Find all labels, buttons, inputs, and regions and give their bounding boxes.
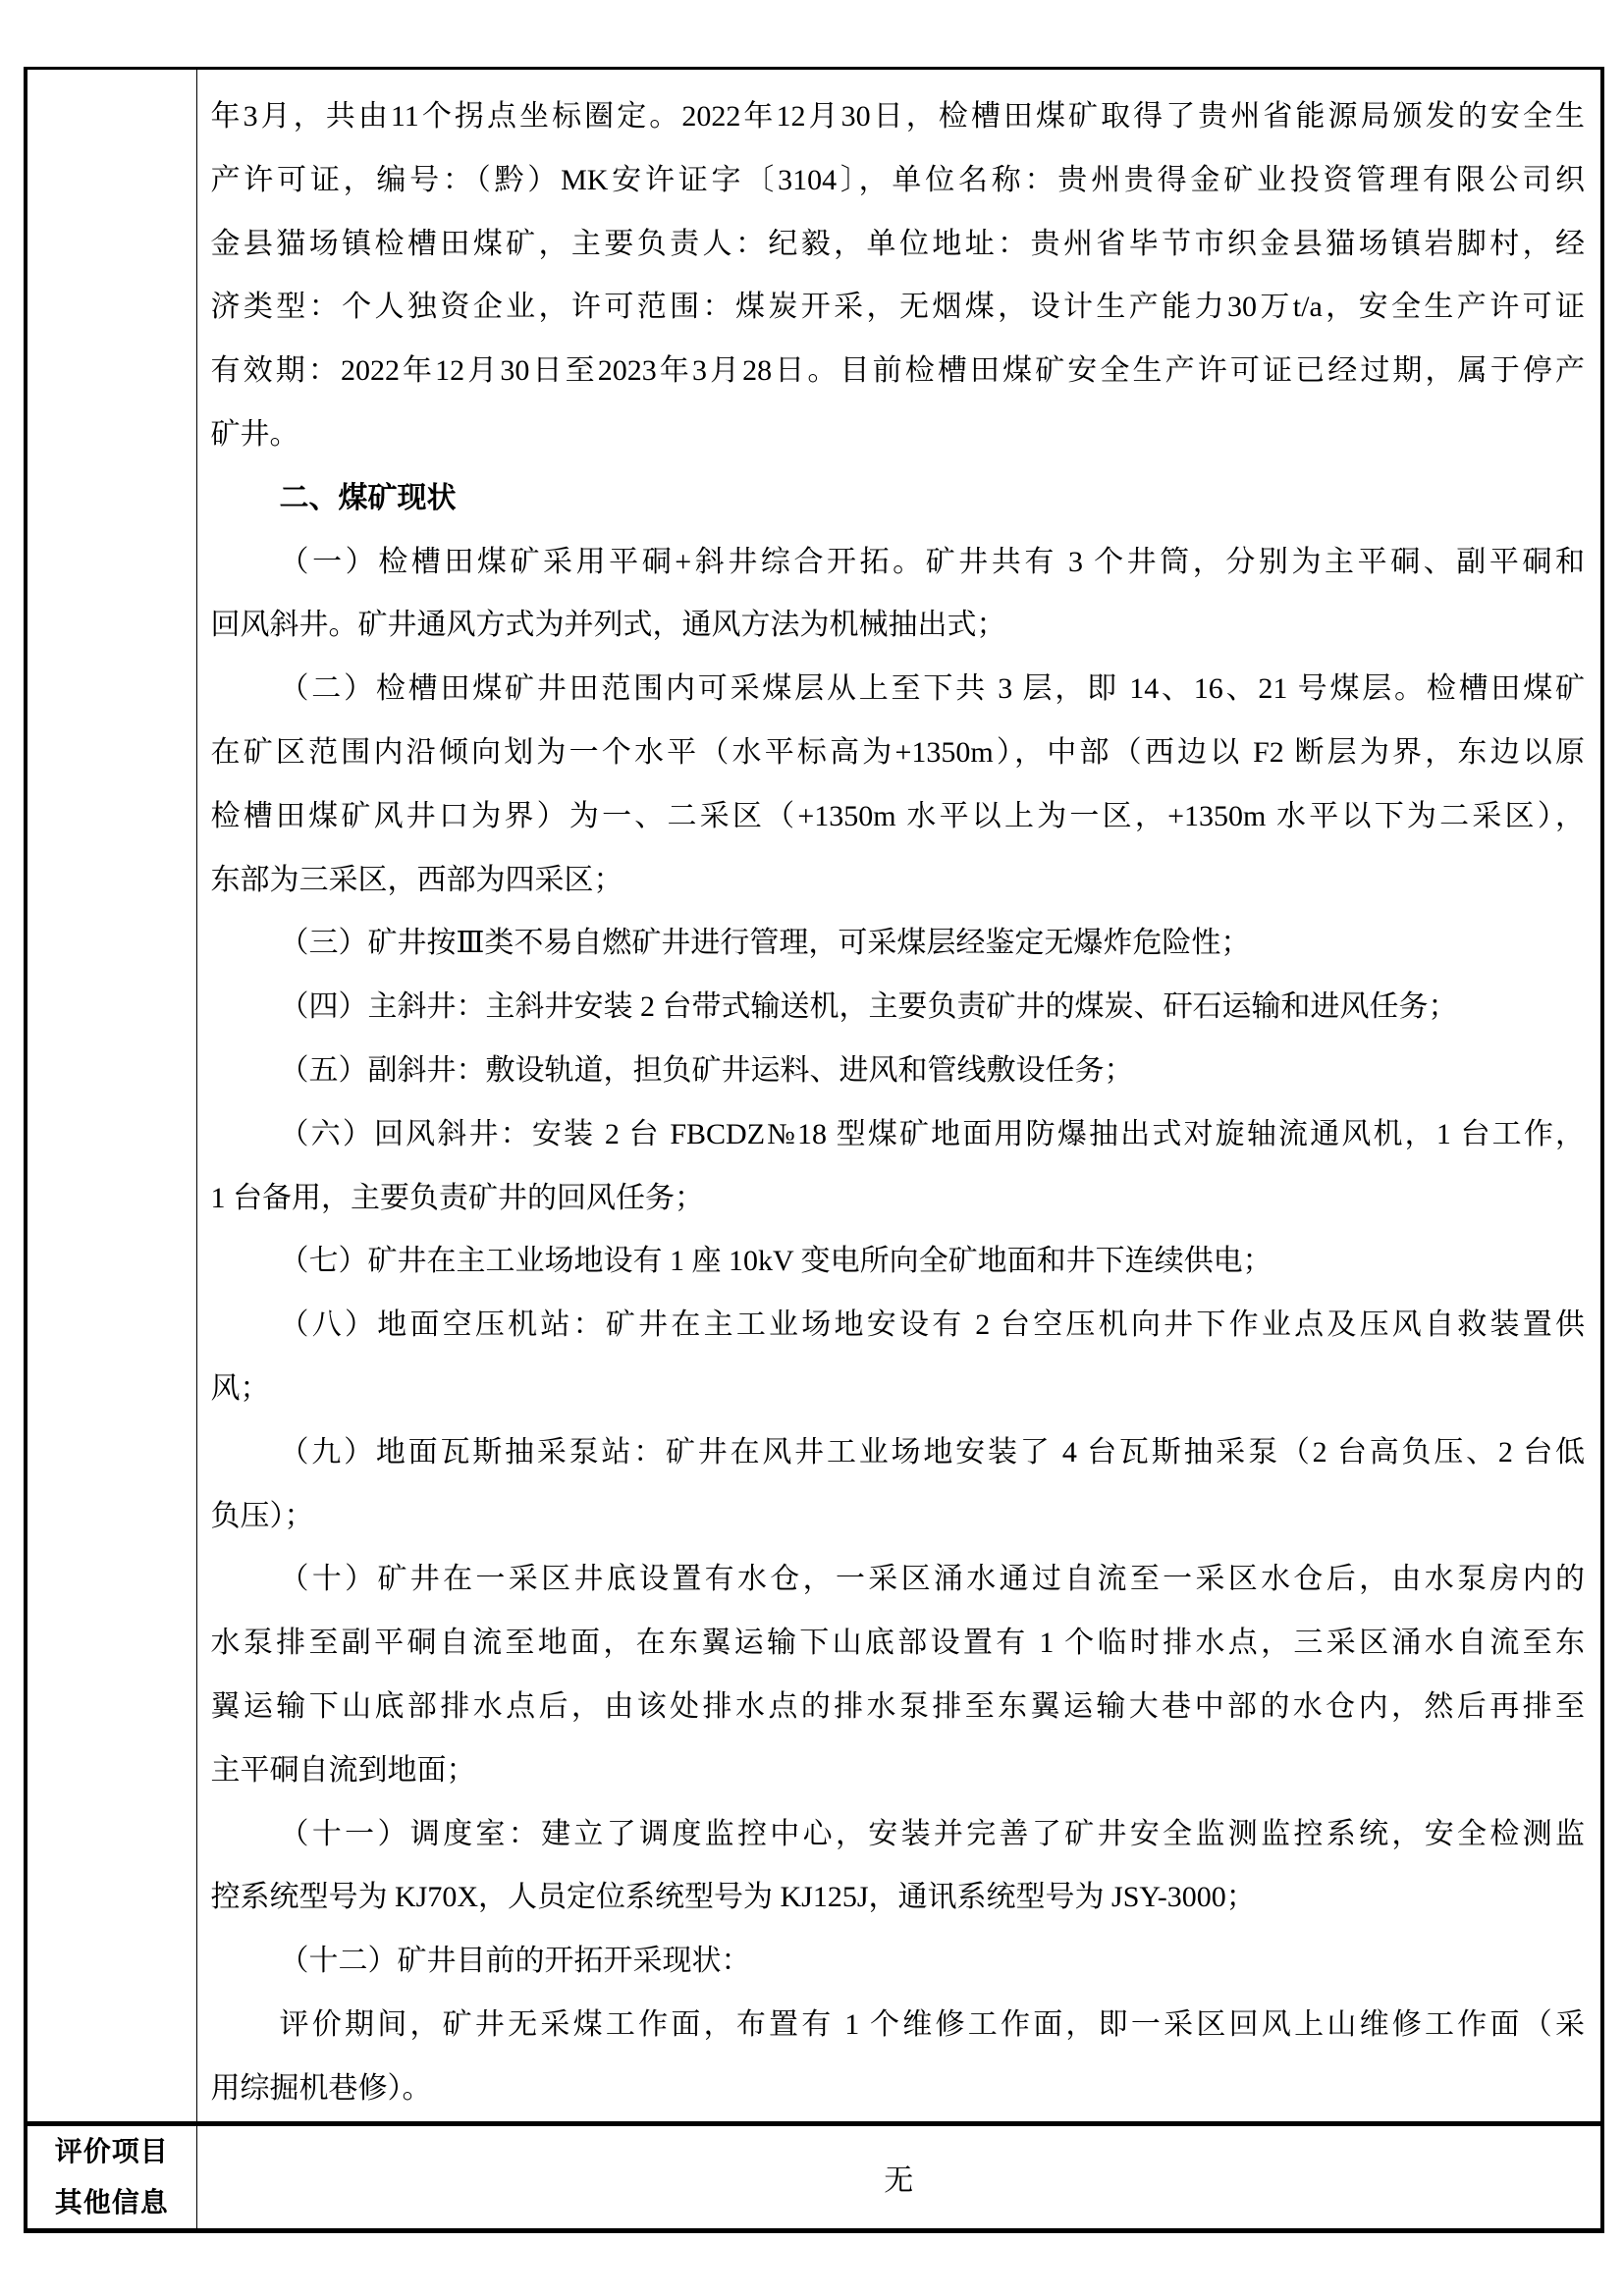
paragraph: （十一）调度室：建立了调度监控中心，安装并完善了矿井安全监测监控系统，安全检测监… <box>211 1803 1586 1931</box>
text-line: 回风斜井。矿井通风方式为并列式，通风方法为机械抽出式； <box>211 594 1586 658</box>
text-line: 在矿区范围内沿倾向划为一个水平（水平标高为+1350m），中部（西边以 F2 断… <box>211 721 1586 785</box>
text-line: 用综掘机巷修）。 <box>211 2057 1586 2121</box>
text-line: 水泵排至副平硐自流至地面，在东翼运输下山底部设置有 1 个临时排水点，三采区涌水… <box>211 1612 1586 1676</box>
paragraph: （一）检槽田煤矿采用平硐+斜井综合开拓。矿井共有 3 个井筒，分别为主平硐、副平… <box>211 531 1586 659</box>
text-line: 年3月，共由11个拐点坐标圈定。2022年12月30日，检槽田煤矿取得了贵州省能… <box>211 85 1586 149</box>
text-line: （五）副斜井：敷设轨道，担负矿井运料、进风和管线敷设任务； <box>211 1040 1586 1103</box>
paragraph: （十二）矿井目前的开拓开采现状： <box>211 1930 1586 1994</box>
text-line: 负压）； <box>211 1485 1586 1549</box>
text-line: 检槽田煤矿风井口为界）为一、二采区（+1350m 水平以上为一区，+1350m … <box>211 785 1586 849</box>
text-line: 二、煤矿现状 <box>211 467 1586 531</box>
text-line: （二）检槽田煤矿井田范围内可采煤层从上至下共 3 层，即 14、16、21 号煤… <box>211 658 1586 721</box>
paragraph: （三）矿井按Ⅲ类不易自燃矿井进行管理，可采煤层经鉴定无爆炸危险性； <box>211 912 1586 976</box>
paragraph: （六）回风斜井：安装 2 台 FBCDZ№18 型煤矿地面用防爆抽出式对旋轴流通… <box>211 1103 1586 1231</box>
paragraph: 年3月，共由11个拐点坐标圈定。2022年12月30日，检槽田煤矿取得了贵州省能… <box>211 85 1586 467</box>
text-line: （十一）调度室：建立了调度监控中心，安装并完善了矿井安全监测监控系统，安全检测监 <box>211 1803 1586 1867</box>
other-info-value-cell: 无 <box>196 2123 1602 2230</box>
text-line: 控系统型号为 KJ70X，人员定位系统型号为 KJ125J，通讯系统型号为 JS… <box>211 1866 1586 1930</box>
paragraph: （七）矿井在主工业场地设有 1 座 10kV 变电所向全矿地面和井下连续供电； <box>211 1230 1586 1294</box>
paragraph: （四）主斜井：主斜井安装 2 台带式输送机，主要负责矿井的煤炭、矸石运输和进风任… <box>211 976 1586 1040</box>
other-info-label-line2: 其他信息 <box>27 2177 196 2228</box>
text-line: 东部为三采区，西部为四采区； <box>211 849 1586 913</box>
text-line: 主平硐自流到地面； <box>211 1739 1586 1803</box>
text-line: （八）地面空压机站：矿井在主工业场地安设有 2 台空压机向井下作业点及压风自救装… <box>211 1294 1586 1358</box>
paragraph: （五）副斜井：敷设轨道，担负矿井运料、进风和管线敷设任务； <box>211 1040 1586 1103</box>
other-info-row: 评价项目 其他信息 无 <box>26 2123 1602 2230</box>
text-line: 评价期间，矿井无采煤工作面，布置有 1 个维修工作面，即一采区回风上山维修工作面… <box>211 1994 1586 2057</box>
text-line: （一）检槽田煤矿采用平硐+斜井综合开拓。矿井共有 3 个井筒，分别为主平硐、副平… <box>211 531 1586 595</box>
text-line: 翼运输下山底部排水点后，由该处排水点的排水泵排至东翼运输大巷中部的水仓内，然后再… <box>211 1676 1586 1739</box>
text-line: 有效期：2022年12月30日至2023年3月28日。目前检槽田煤矿安全生产许可… <box>211 340 1586 403</box>
text-line: （三）矿井按Ⅲ类不易自燃矿井进行管理，可采煤层经鉴定无爆炸危险性； <box>211 912 1586 976</box>
mine-status-text: 年3月，共由11个拐点坐标圈定。2022年12月30日，检槽田煤矿取得了贵州省能… <box>197 70 1601 2121</box>
text-line: （四）主斜井：主斜井安装 2 台带式输送机，主要负责矿井的煤炭、矸石运输和进风任… <box>211 976 1586 1040</box>
mine-status-label-cell <box>26 69 196 2124</box>
text-line: 风； <box>211 1358 1586 1421</box>
text-line: （十二）矿井目前的开拓开采现状： <box>211 1930 1586 1994</box>
other-info-label-line1: 评价项目 <box>27 2126 196 2177</box>
evaluation-info-table: 年3月，共由11个拐点坐标圈定。2022年12月30日，检槽田煤矿取得了贵州省能… <box>24 67 1604 2233</box>
text-line: （六）回风斜井：安装 2 台 FBCDZ№18 型煤矿地面用防爆抽出式对旋轴流通… <box>211 1103 1586 1167</box>
paragraph: 评价期间，矿井无采煤工作面，布置有 1 个维修工作面，即一采区回风上山维修工作面… <box>211 1994 1586 2121</box>
text-line: （七）矿井在主工业场地设有 1 座 10kV 变电所向全矿地面和井下连续供电； <box>211 1230 1586 1294</box>
section-heading: 二、煤矿现状 <box>211 467 1586 531</box>
paragraph: （十）矿井在一采区井底设置有水仓，一采区涌水通过自流至一采区水仓后，由水泵房内的… <box>211 1548 1586 1802</box>
text-line: 1 台备用，主要负责矿井的回风任务； <box>211 1167 1586 1231</box>
paragraph: （九）地面瓦斯抽采泵站：矿井在风井工业场地安装了 4 台瓦斯抽采泵（2 台高负压… <box>211 1421 1586 1549</box>
other-info-value: 无 <box>197 2156 1601 2199</box>
mine-status-row: 年3月，共由11个拐点坐标圈定。2022年12月30日，检槽田煤矿取得了贵州省能… <box>26 69 1602 2124</box>
paragraph: （二）检槽田煤矿井田范围内可采煤层从上至下共 3 层，即 14、16、21 号煤… <box>211 658 1586 912</box>
text-line: 金县猫场镇检槽田煤矿，主要负责人：纪毅，单位地址：贵州省毕节市织金县猫场镇岩脚村… <box>211 213 1586 277</box>
text-line: 济类型：个人独资企业，许可范围：煤炭开采，无烟煤，设计生产能力30万t/a，安全… <box>211 276 1586 340</box>
text-line: 矿井。 <box>211 403 1586 467</box>
text-line: （十）矿井在一采区井底设置有水仓，一采区涌水通过自流至一采区水仓后，由水泵房内的 <box>211 1548 1586 1612</box>
text-line: 产许可证，编号：（黔）MK安许证字〔3104〕，单位名称：贵州贵得金矿业投资管理… <box>211 149 1586 213</box>
mine-status-content-cell: 年3月，共由11个拐点坐标圈定。2022年12月30日，检槽田煤矿取得了贵州省能… <box>196 69 1602 2124</box>
paragraph: （八）地面空压机站：矿井在主工业场地安设有 2 台空压机向井下作业点及压风自救装… <box>211 1294 1586 1421</box>
other-info-label-cell: 评价项目 其他信息 <box>26 2123 196 2230</box>
text-line: （九）地面瓦斯抽采泵站：矿井在风井工业场地安装了 4 台瓦斯抽采泵（2 台高负压… <box>211 1421 1586 1485</box>
